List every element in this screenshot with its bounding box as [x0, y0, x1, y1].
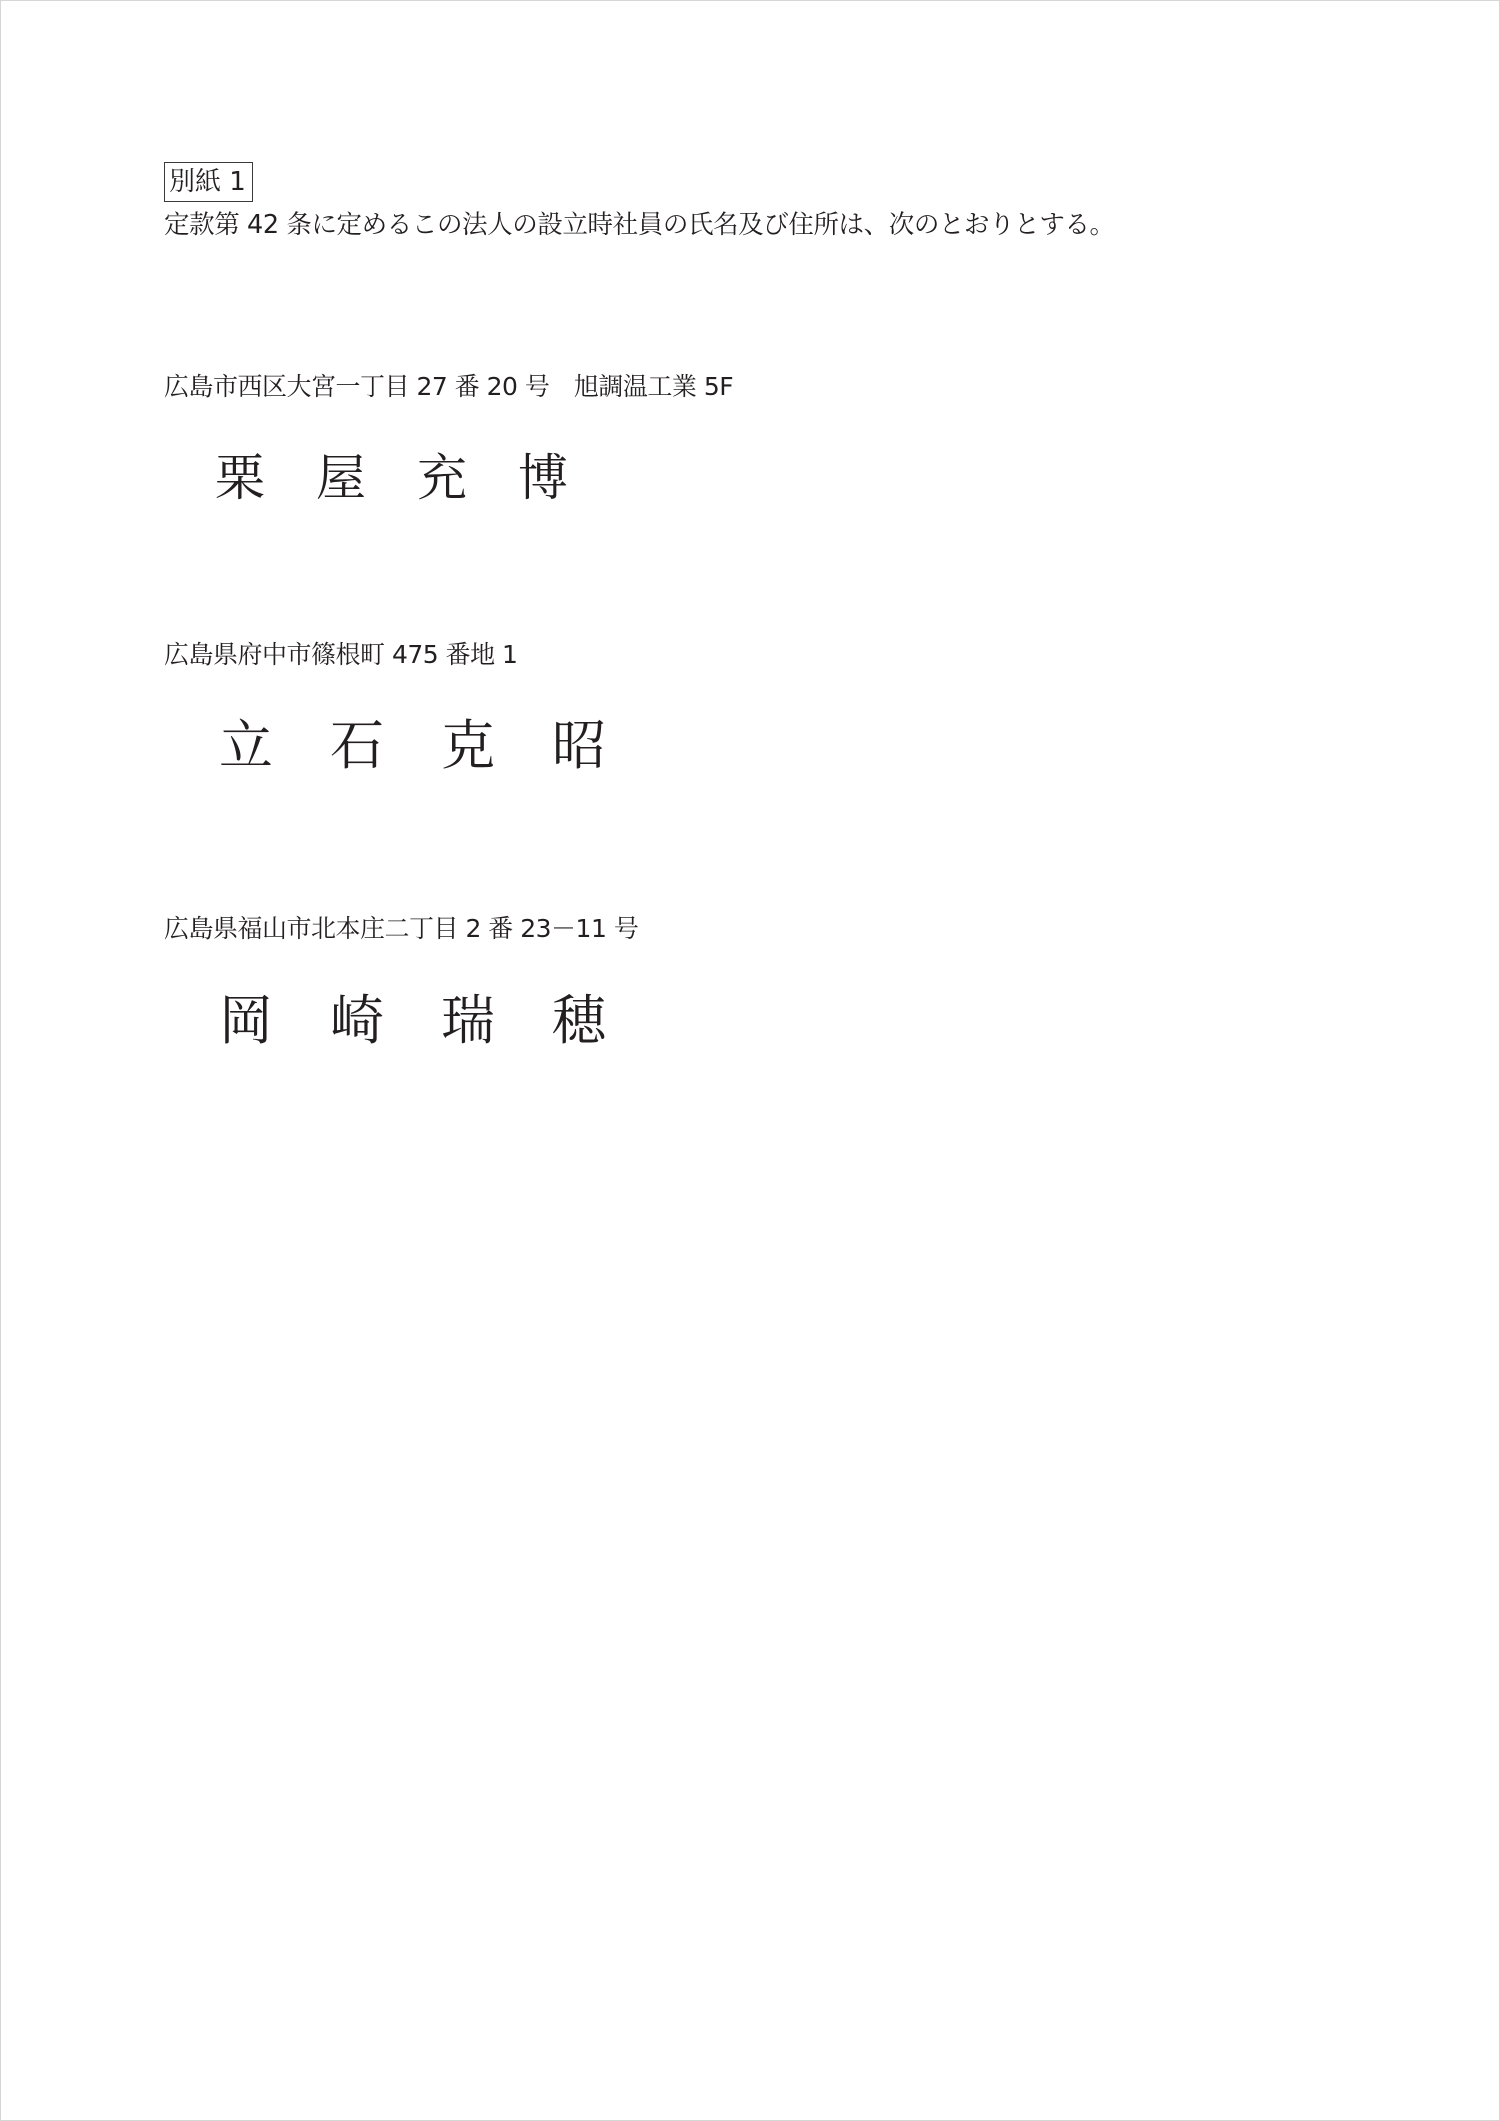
- member-name-char: 充: [417, 449, 518, 507]
- member-name: 立 石 克 昭: [219, 715, 663, 777]
- member-address: 広島市西区大宮一丁目 27 番 20 号 旭調温工業 5F: [164, 371, 733, 403]
- member-name-char: 穂: [552, 990, 663, 1052]
- member-name-char: 岡: [219, 990, 330, 1052]
- document-page: 別紙 1 定款第 42 条に定めるこの法人の設立時社員の氏名及び住所は、次のとお…: [0, 0, 1500, 2121]
- member-name-char: 昭: [552, 715, 663, 777]
- member-name-char: 石: [330, 715, 441, 777]
- member-name: 栗 屋 充 博: [215, 449, 619, 507]
- attachment-label: 別紙 1: [164, 162, 253, 202]
- member-name-char: 博: [518, 449, 619, 507]
- intro-sentence: 定款第 42 条に定めるこの法人の設立時社員の氏名及び住所は、次のとおりとする。: [164, 207, 1115, 243]
- member-name-char: 瑞: [441, 990, 552, 1052]
- member-name-char: 崎: [330, 990, 441, 1052]
- member-address: 広島県府中市篠根町 475 番地 1: [164, 639, 517, 671]
- member-name-char: 克: [441, 715, 552, 777]
- member-name-char: 立: [219, 715, 330, 777]
- member-address: 広島県福山市北本庄二丁目 2 番 23－11 号: [164, 913, 638, 945]
- member-name-char: 栗: [215, 449, 316, 507]
- member-name: 岡 崎 瑞 穂: [219, 990, 663, 1052]
- member-name-char: 屋: [316, 449, 417, 507]
